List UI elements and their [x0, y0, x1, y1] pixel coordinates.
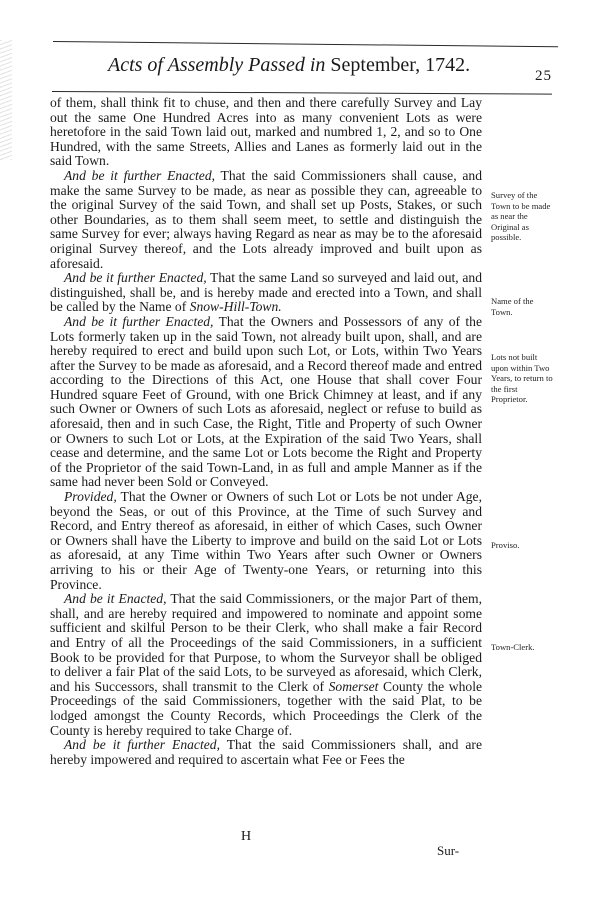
paragraph-fees: And be it further Enacted, That the said…: [50, 738, 482, 767]
paragraph-town-name: And be it further Enacted, That the same…: [50, 271, 482, 315]
paragraph-proviso: Provided, That the Owner or Owners of su…: [50, 490, 482, 592]
running-head-italic: Acts of Assembly Passed in: [108, 54, 325, 76]
body-text: of them, shall think fit to chuse, and t…: [50, 96, 482, 767]
enacting-clause: And be it Enacted,: [64, 591, 167, 606]
margin-note-survey: Survey of the Town to be made as near th…: [491, 190, 553, 243]
paragraph-survey: And be it further Enacted, That the said…: [50, 169, 482, 271]
county-name: Somerset: [329, 679, 379, 694]
enacting-clause: And be it further Enacted,: [64, 314, 213, 329]
paragraph-continuation: of them, shall think fit to chuse, and t…: [50, 96, 482, 169]
enacting-clause: And be it further Enacted,: [64, 737, 220, 752]
proviso-clause: Provided,: [64, 489, 117, 504]
running-head: Acts of Assembly Passed in September, 17…: [108, 54, 470, 77]
paragraph-town-clerk: And be it Enacted, That the said Commiss…: [50, 592, 482, 738]
paragraph-text: of them, shall think fit to chuse, and t…: [50, 95, 482, 168]
running-head-date: September, 1742.: [330, 54, 470, 76]
margin-note-proviso: Proviso.: [491, 540, 553, 551]
margin-note-town-name: Name of the Town.: [491, 296, 553, 317]
catchword: Sur-: [437, 843, 459, 859]
scan-edge-noise: [0, 40, 12, 160]
header-rule-top: [53, 41, 558, 48]
paragraph-text: That the Owners and Possessors of any of…: [50, 314, 482, 490]
signature-mark: H: [241, 829, 251, 845]
margin-note-lots: Lots not built upon within Two Years, to…: [491, 352, 553, 405]
town-name: Snow-Hill-Town.: [190, 299, 282, 314]
paragraph-lots: And be it further Enacted, That the Owne…: [50, 315, 482, 490]
margin-note-town-clerk: Town-Clerk.: [491, 642, 553, 653]
page-number: 25: [535, 68, 552, 85]
enacting-clause: And be it further Enacted,: [64, 270, 207, 285]
paragraph-text: That the said Commissioners shall cause,…: [50, 168, 482, 271]
enacting-clause: And be it further Enacted,: [64, 168, 215, 183]
paragraph-text: That the Owner or Owners of such Lot or …: [50, 489, 482, 592]
